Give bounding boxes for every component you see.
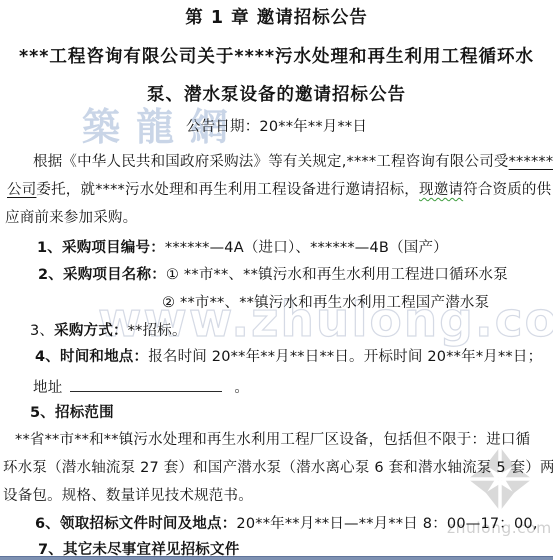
intro-line2-tail: 符合资质的供 bbox=[463, 182, 551, 198]
item-2-line1: ① **市**、**镇污水和再生水利用工程进口循环水泵 bbox=[166, 267, 508, 283]
intro-line1-text: 根据《中华人民共和国政府采购法》等有关规定,****工程咨询有限公司受 bbox=[33, 154, 509, 170]
item-4-num: 4、 bbox=[35, 349, 60, 365]
item-2-num: 2、 bbox=[38, 267, 63, 283]
item-3-label: 采购方式： bbox=[54, 323, 128, 339]
item-4-time-and-place: 4、时间和地点：报名时间 20**年**月**日**日。开标时间 20**年*月… bbox=[35, 347, 542, 367]
intro-line-3: 应商前来参加采购。 bbox=[5, 208, 137, 228]
item-5-bid-scope-heading: 5、招标范围 bbox=[30, 403, 114, 423]
item-4-text: 报名时间 20**年**月**日**日。开标时间 20**年*月**日； bbox=[148, 349, 542, 365]
item-2-project-name: 2、采购项目名称：① **市**、**镇污水和再生水利用工程进口循环水泵 bbox=[38, 265, 508, 285]
intro-line1-underlined: ****** bbox=[509, 154, 553, 170]
item-2-line2: ② **市**、**镇污水和再生水利用工程国产潜水泵 bbox=[162, 293, 489, 313]
item-3-text: **招标。 bbox=[128, 323, 187, 339]
item-4-label: 时间和地点： bbox=[60, 349, 148, 365]
item-1-procurement-number: 1、采购项目编号：******—4A（进口）、******—4B（国产） bbox=[37, 238, 448, 258]
item-5-paragraph-line1: **省**市**和**镇污水处理和再生水利用工程厂区设备，包括但不限于：进口循 bbox=[15, 430, 530, 450]
item-6-text: 20**年**月**日—**月**日 8：00—17：00, bbox=[236, 516, 537, 532]
item-1-label: 采购项目编号： bbox=[62, 240, 165, 256]
zhulong-logo-icon bbox=[466, 442, 534, 516]
item-4-address-line: 地址。 bbox=[33, 377, 249, 398]
announcement-date: 公告日期：20**年**月**日 bbox=[0, 117, 553, 137]
address-label: 地址 bbox=[33, 380, 62, 396]
item-6-document-pickup: 6、领取招标文件时间及地点：20**年**月**日—**月**日 8：00—17… bbox=[35, 514, 538, 534]
chapter-title: 第 1 章 邀请招标公告 bbox=[0, 8, 553, 28]
item-2-label: 采购项目名称： bbox=[63, 267, 166, 283]
intro-line-2: 公司委托，就****污水处理和再生利用工程设备进行邀请招标，现邀请符合资质的供 bbox=[7, 180, 551, 200]
main-title-line1: ***工程咨询有限公司关于****污水处理和再生利用工程循环水 bbox=[0, 47, 553, 67]
item-6-label: 领取招标文件时间及地点： bbox=[60, 516, 236, 532]
address-blank-underline bbox=[70, 377, 222, 392]
intro-line2-text: 委托，就****污水处理和再生利用工程设备进行邀请招标， bbox=[36, 182, 419, 198]
intro-line2-wavy-text: 现邀请 bbox=[419, 182, 463, 198]
item-6-num: 6、 bbox=[35, 516, 60, 532]
main-title-line2: 泵、潜水泵设备的邀请招标公告 bbox=[0, 85, 553, 105]
document-page: 築龍網 www.zhulong.com zhulong.com 第 1 章 邀请… bbox=[0, 0, 553, 560]
item-3-num: 3、 bbox=[30, 323, 54, 339]
item-5-paragraph-line3: 设备包。规格、数量详见技术规范书。 bbox=[3, 486, 253, 506]
item-5-label: 招标范围 bbox=[55, 405, 114, 421]
item-1-num: 1、 bbox=[37, 240, 62, 256]
bottom-edge-bar bbox=[0, 556, 553, 560]
item-1-text: ******—4A（进口）、******—4B（国产） bbox=[165, 240, 448, 256]
address-period: 。 bbox=[234, 380, 249, 396]
item-3-procurement-method: 3、采购方式：**招标。 bbox=[30, 321, 187, 341]
item-5-num: 5、 bbox=[30, 405, 55, 421]
intro-line-1: 根据《中华人民共和国政府采购法》等有关规定,****工程咨询有限公司受*****… bbox=[33, 152, 553, 172]
item-5-paragraph-line2: 环水泵（潜水轴流泵 27 套）和国产潜水泵（潜水离心泵 6 套和潜水轴流泵 5 … bbox=[3, 458, 553, 478]
intro-line2-underlined: 公司 bbox=[7, 182, 36, 198]
